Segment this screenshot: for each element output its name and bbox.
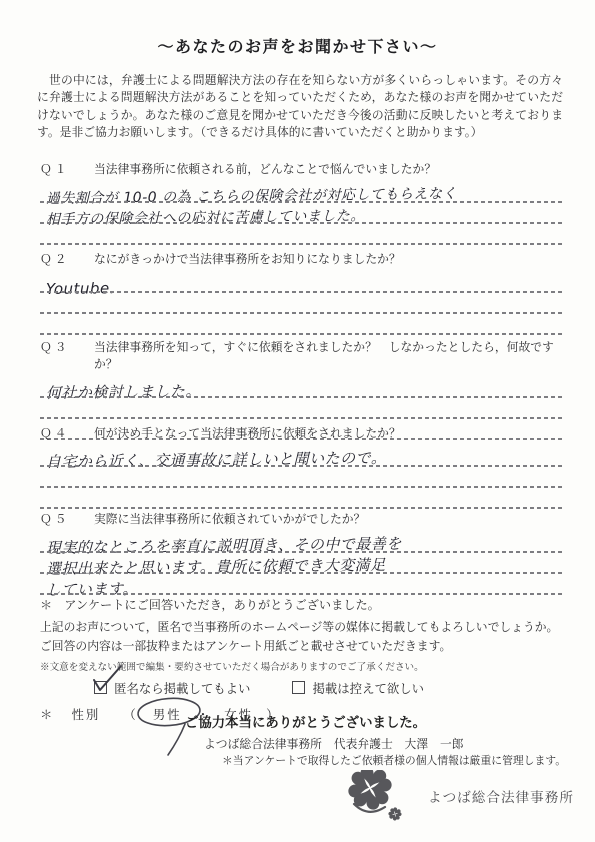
question-text: 何が決め手となって当法律事務所に依頼をされましたか？ — [94, 424, 401, 441]
question-header: Ｑ２ なにがきっかけで当法律事務所をお知りになりましたか？ — [40, 250, 562, 267]
question-text: 当法律事務所を知って，すぐに依頼をされましたか？ しなかったとしたら，何故ですか… — [94, 338, 562, 372]
privacy-note: ＊当アンケートで取得したご依頼者様の個人情報は厳重に管理します。 — [222, 753, 566, 768]
question-text: 当法律事務所に依頼される前，どんなことで悩んでいましたか？ — [94, 160, 436, 177]
answer-line — [40, 224, 562, 245]
answer-line: 自宅から近く、交通事故に詳しいと聞いたので。 — [40, 446, 562, 467]
question-label: Ｑ５ — [40, 510, 94, 527]
question-header: Ｑ５ 実際に当法律事務所に依頼されていかがでしたか？ — [40, 510, 562, 527]
answer-line — [40, 398, 562, 419]
answer-line — [40, 314, 562, 335]
question-header: Ｑ４ 何が決め手となって当法律事務所に依頼をされましたか？ — [40, 424, 562, 441]
answer-line: しています。 — [40, 574, 562, 595]
gender-option-male-label: 男性 — [153, 708, 182, 722]
firm-signature: よつば総合法律事務所 代表弁護士 大澤 一郎 — [204, 735, 464, 752]
question-block-q1: Ｑ１ 当法律事務所に依頼される前，どんなことで悩んでいましたか？ 過失割合が 1… — [40, 160, 562, 245]
page-title: ～あなたのお声をお聞かせ下さい～ — [0, 34, 595, 57]
survey-page: ～あなたのお声をお聞かせ下さい～ 世の中には，弁護士による問題解決方法の存在を知… — [0, 0, 595, 842]
clover-logo-icon — [348, 770, 414, 828]
question-text: なにがきっかけで当法律事務所をお知りになりましたか？ — [94, 250, 401, 267]
checkbox-decline-publish[interactable]: 掲載は控えて欲しい — [292, 679, 424, 697]
publish-detail-line: ご回答の内容は一部抜粋またはアンケート用紙ごと載せさせていただきます。 — [40, 637, 562, 656]
checkbox-label: 掲載は控えて欲しい — [313, 682, 425, 696]
question-label: Ｑ４ — [40, 424, 94, 441]
answer-line: Youtube. — [40, 272, 562, 293]
firm-logo: よつば総合法律事務所 — [348, 770, 574, 828]
question-block-q5: Ｑ５ 実際に当法律事務所に依頼されていかがでしたか？ 現実的なところを率直に説明… — [40, 510, 562, 595]
answer-line: 現実的なところを率直に説明頂き、その中で最善を — [40, 532, 562, 553]
checkbox-anonymous-ok[interactable]: 匿名なら掲載してもよい — [94, 679, 250, 697]
question-label: Ｑ１ — [40, 160, 94, 177]
checkbox-icon[interactable] — [292, 681, 305, 694]
paren-open: （ — [123, 708, 137, 722]
question-header: Ｑ３ 当法律事務所を知って，すぐに依頼をされましたか？ しなかったとしたら，何故… — [40, 338, 562, 372]
closing-section: ＊アンケートにご回答いただき，ありがとうございました。 上記のお声について，匿名… — [40, 596, 562, 723]
survey-thanks-text: アンケートにご回答いただき，ありがとうございました。 — [64, 598, 380, 612]
firm-logo-text: よつば総合法律事務所 — [428, 786, 574, 806]
asterisk-marker: ＊ — [40, 708, 52, 722]
question-header: Ｑ１ 当法律事務所に依頼される前，どんなことで悩んでいましたか？ — [40, 160, 562, 177]
answer-line — [40, 488, 562, 509]
question-label: Ｑ２ — [40, 250, 94, 267]
gender-label: 性別 — [72, 708, 101, 722]
answer-line: 選択出来たと思います。貴所に依頼でき大変満足 — [40, 553, 562, 574]
question-text: 実際に当法律事務所に依頼されていかがでしたか？ — [94, 510, 365, 527]
publish-permission-line: 上記のお声について，匿名で当事務所のホームページ等の媒体に掲載してもよろしいでし… — [40, 618, 562, 637]
handwritten-check-mark — [90, 663, 128, 697]
closing-thanks: ご協力本当にありがとうございました。 — [185, 712, 426, 731]
checkbox-label: 匿名なら掲載してもよい — [114, 682, 250, 696]
asterisk-marker: ＊ — [40, 598, 52, 612]
publish-choice-row: 匿名なら掲載してもよい 掲載は控えて欲しい — [94, 679, 562, 697]
answer-line: 過失割合が 10-0 の為 こちらの保険会社が対応してもらえなく — [40, 182, 562, 203]
intro-text: 世の中には，弁護士による問題解決方法の存在を知らない方が多くいらっしゃいます。そ… — [37, 72, 563, 142]
question-block-q2: Ｑ２ なにがきっかけで当法律事務所をお知りになりましたか？ Youtube. — [40, 250, 562, 335]
survey-thanks-line: ＊アンケートにご回答いただき，ありがとうございました。 — [40, 596, 562, 613]
checkbox-checked-icon[interactable] — [94, 681, 107, 694]
answer-line — [40, 293, 562, 314]
question-label: Ｑ３ — [40, 338, 94, 372]
answer-line: 何社か検討しました。 — [40, 377, 562, 398]
answer-line: 相手方の保険会社への応対に苦慮していました。 — [40, 203, 562, 224]
answer-line — [40, 467, 562, 488]
question-block-q4: Ｑ４ 何が決め手となって当法律事務所に依頼をされましたか？ 自宅から近く、交通事… — [40, 424, 562, 509]
